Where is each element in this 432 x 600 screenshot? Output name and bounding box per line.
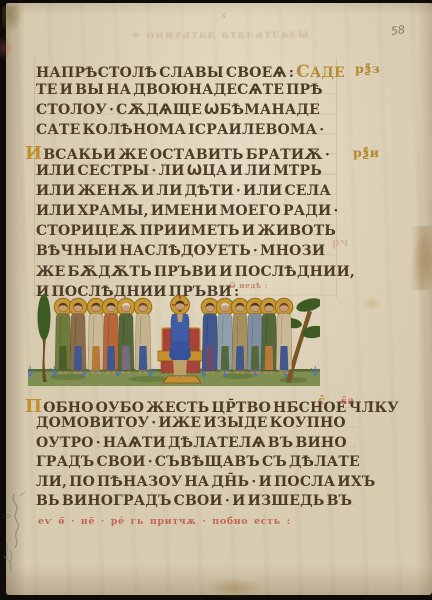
text-segment: ЛИ, ПО ПѢНАЗОУ НА ДН̄Ь · И ПОСЛА ИХЪ: [36, 474, 376, 490]
text-line: ДОМОВИТОУ · ИЖЕ ИЗЫДЕ КОУПНО: [36, 415, 346, 431]
gold-initial: П: [25, 396, 42, 417]
text-segment: ВЬ ВИНОГРАДЪ СВОИ · И ИЗШЕДЬ ВЪ: [36, 493, 352, 509]
text-line: ПОБНО ОУБО ЖЕСТЬ ЦР̄ТВО НБ̄СНОЕ ЧЛ̄КУ: [36, 396, 399, 417]
text-segment: ДОМОВИТОУ · ИЖЕ ИЗЫДЕ КОУПНО: [36, 415, 346, 431]
text-segment: ГРАДЪ СВОИ · СЪВѢЩАВЪ СЪ ДѢЛАТЕ: [36, 454, 360, 470]
margin-pen-scribble: [0, 486, 40, 580]
text-segment: ОБНО ОУБО ЖЕСТЬ ЦР̄ТВО НБ̄СНОЕ ЧЛ̄КУ: [43, 400, 399, 416]
bottom-rubric: еѵ ѳ̄ · не̄ · ре́ гь притчѫ · побно есть…: [38, 516, 291, 527]
text-line: ГРАДЪ СВОИ · СЪВѢЩАВЪ СЪ ДѢЛАТЕ: [36, 454, 360, 470]
lower-text-block: ПОБНО ОУБО ЖЕСТЬ ЦР̄ТВО НБ̄СНОЕ ЧЛ̄КУДОМ…: [0, 0, 432, 600]
text-line: ВЬ ВИНОГРАДЪ СВОИ · И ИЗШЕДЬ ВЪ: [36, 493, 352, 509]
text-line: ЛИ, ПО ПѢНАЗОУ НА ДН̄Ь · И ПОСЛА ИХЪ: [36, 474, 376, 490]
text-segment: ОУТРО · НАѦТИ ДѢЛАТЕЛѦ ВЪ ВИНО: [36, 435, 347, 451]
manuscript-page-photo: ѡзалтьлата датьхино + х 58 НАПРѢСТОЛѢ СЛ…: [0, 0, 432, 600]
text-line: ОУТРО · НАѦТИ ДѢЛАТЕЛѦ ВЪ ВИНО: [36, 435, 347, 451]
